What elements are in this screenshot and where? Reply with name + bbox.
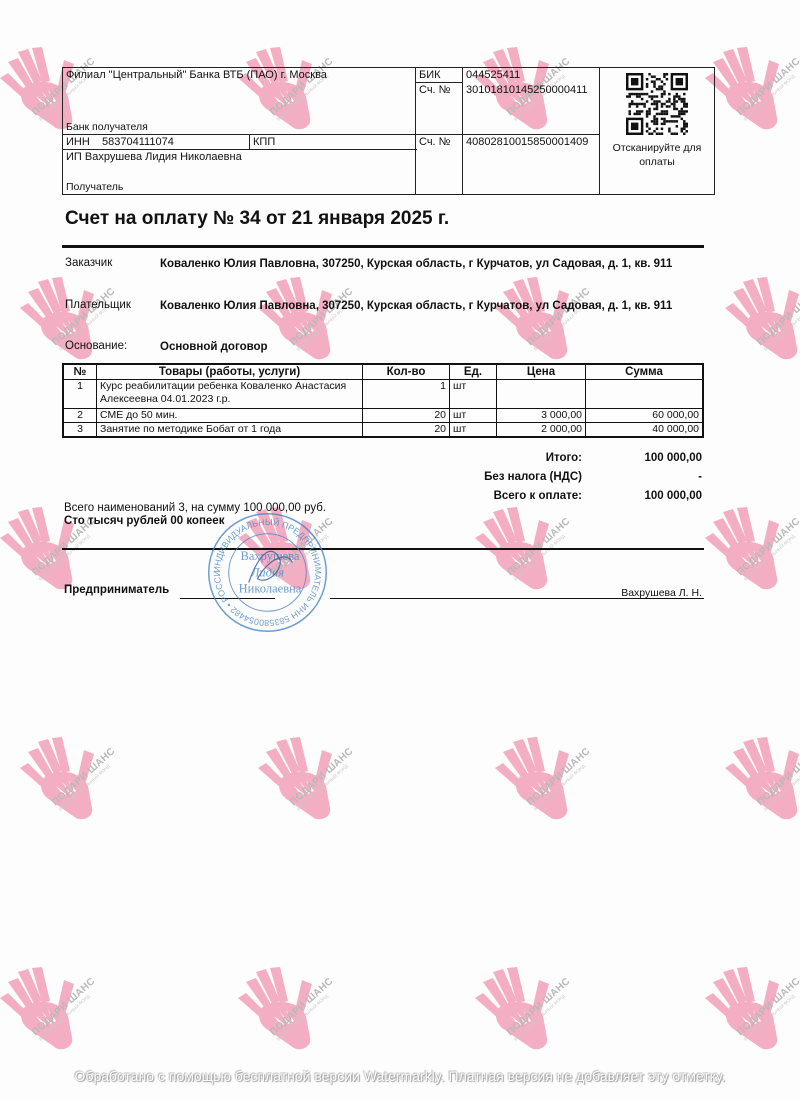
account-value: 40802810015850001409 — [463, 135, 600, 195]
table-row: 2СМЕ до 50 мин.20шт3 000,0060 000,00 — [63, 409, 703, 423]
cell-sum — [586, 380, 704, 409]
qr-cell: Отсканируйте для оплаты — [600, 68, 715, 195]
subtotal-label: Итого: — [546, 452, 582, 471]
cell-sum: 60 000,00 — [586, 409, 704, 423]
cell-name: СМЕ до 50 мин. — [97, 409, 363, 423]
recipient-name: ИП Вахрушева Лидия Николаевна — [63, 150, 416, 181]
header-qty: Кол-во — [363, 364, 450, 380]
corr-account-label: Сч. № — [416, 83, 463, 135]
cell-unit: шт — [450, 380, 497, 409]
header-name: Товары (работы, услуги) — [97, 364, 363, 380]
kpp-label: КПП — [253, 136, 275, 148]
cell-sum: 40 000,00 — [586, 423, 704, 438]
account-label: Сч. № — [416, 135, 463, 195]
cell-name: Курс реабилитации ребенка Коваленко Анас… — [97, 380, 363, 409]
header-no: № — [63, 364, 97, 380]
basis-label: Основание: — [65, 340, 127, 352]
header-price: Цена — [497, 364, 586, 380]
vat-label: Без налога (НДС) — [484, 471, 582, 490]
cell-unit: шт — [450, 409, 497, 423]
inn-cell: ИНН 583704111074 — [63, 135, 250, 150]
items-header-row: № Товары (работы, услуги) Кол-во Ед. Цен… — [63, 364, 703, 380]
cell-qty: 20 — [363, 409, 450, 423]
qr-caption: Отсканируйте для оплаты — [603, 141, 711, 169]
bank-label: Банк получателя — [63, 120, 416, 135]
bik-label: БИК — [416, 68, 463, 83]
total-row: Всего к оплате: 100 000,00 — [484, 490, 702, 509]
company-stamp: ИНДИВИДУАЛЬНЫЙ ПРЕДПРИНИМАТЕЛЬ ИНН 58358… — [205, 510, 330, 635]
cell-unit: шт — [450, 423, 497, 438]
vat-value: - — [582, 471, 702, 490]
title-divider — [62, 245, 704, 248]
cell-price: 3 000,00 — [497, 409, 586, 423]
bank-name: Филиал "Центральный" Банка ВТБ (ПАО) г. … — [66, 69, 412, 81]
bank-details-block: Филиал "Центральный" Банка ВТБ (ПАО) г. … — [62, 67, 715, 195]
items-table: № Товары (работы, услуги) Кол-во Ед. Цен… — [62, 363, 704, 438]
recipient-label: Получатель — [63, 180, 416, 195]
bik-value: 044525411 — [463, 68, 600, 83]
cell-qty: 20 — [363, 423, 450, 438]
cell-no: 3 — [63, 423, 97, 438]
header-unit: Ед. — [450, 364, 497, 380]
customer-label: Заказчик — [65, 257, 112, 269]
total-value: 100 000,00 — [582, 490, 702, 509]
cell-name: Занятие по методике Бобат от 1 года — [97, 423, 363, 438]
cell-price — [497, 380, 586, 409]
customer-value: Коваленко Юлия Павловна, 307250, Курская… — [160, 258, 672, 270]
vat-row: Без налога (НДС) - — [484, 471, 702, 490]
header-sum: Сумма — [586, 364, 704, 380]
inn-label: ИНН — [66, 136, 90, 148]
table-row: 1Курс реабилитации ребенка Коваленко Ана… — [63, 380, 703, 409]
qr-code-icon[interactable] — [626, 73, 688, 135]
totals-block: Итого: 100 000,00 Без налога (НДС) - Все… — [484, 452, 702, 509]
svg-text:Николаевна: Николаевна — [239, 582, 302, 596]
bank-name-cell: Филиал "Центральный" Банка ВТБ (ПАО) г. … — [63, 68, 416, 121]
signature-divider — [62, 548, 704, 550]
payer-label: Плательщик — [65, 299, 131, 311]
total-label: Всего к оплате: — [494, 490, 582, 509]
payer-value: Коваленко Юлия Павловна, 307250, Курская… — [160, 300, 672, 312]
cell-price: 2 000,00 — [497, 423, 586, 438]
corr-account-value: 30101810145250000411 — [463, 83, 600, 135]
stamp-seal-icon: ИНДИВИДУАЛЬНЫЙ ПРЕДПРИНИМАТЕЛЬ ИНН 58358… — [205, 510, 330, 635]
cell-qty: 1 — [363, 380, 450, 409]
basis-value: Основной договор — [160, 341, 268, 353]
watermark-footer-note: Обработано с помощью бесплатной версии W… — [0, 1068, 800, 1084]
subtotal-value: 100 000,00 — [582, 452, 702, 471]
signer-role: Предприниматель — [64, 584, 169, 596]
cell-no: 2 — [63, 409, 97, 423]
invoice-title: Счет на оплату № 34 от 21 января 2025 г. — [65, 208, 449, 230]
subtotal-row: Итого: 100 000,00 — [484, 452, 702, 471]
cell-no: 1 — [63, 380, 97, 409]
invoice-document: Филиал "Центральный" Банка ВТБ (ПАО) г. … — [0, 0, 800, 1100]
signer-name: Вахрушева Л. Н. — [621, 587, 702, 599]
inn-value: 583704111074 — [102, 136, 174, 148]
kpp-cell: КПП — [250, 135, 416, 150]
table-row: 3Занятие по методике Бобат от 1 года20шт… — [63, 423, 703, 438]
